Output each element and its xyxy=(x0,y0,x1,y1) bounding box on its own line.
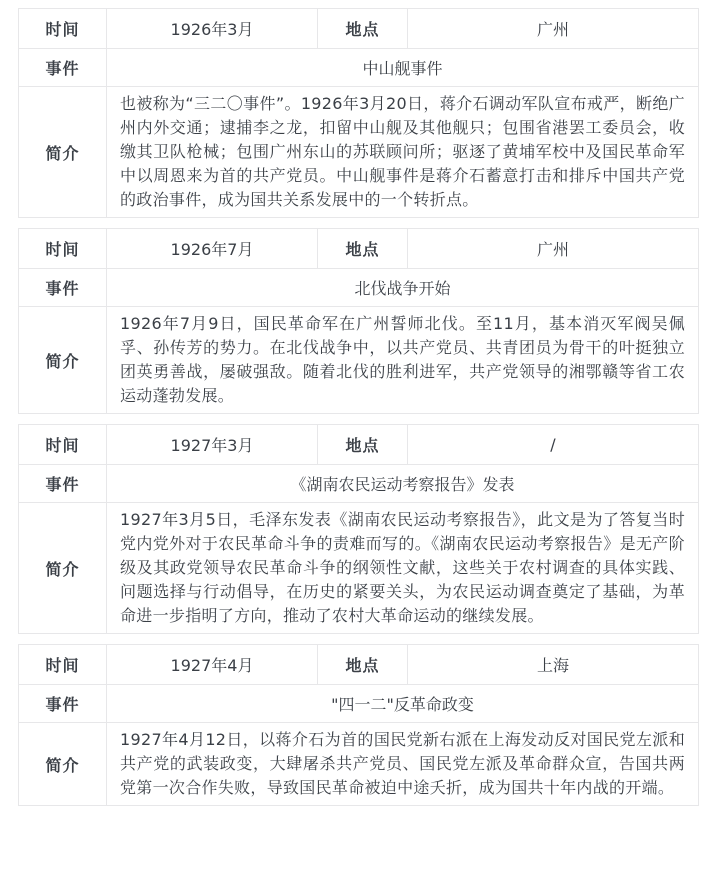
location-value: / xyxy=(408,425,699,465)
location-label: 地点 xyxy=(318,645,408,685)
location-label: 地点 xyxy=(318,9,408,49)
event-label: 事件 xyxy=(19,49,107,87)
intro-label: 简介 xyxy=(19,87,107,218)
intro-label: 简介 xyxy=(19,307,107,414)
event-label: 事件 xyxy=(19,685,107,723)
time-label: 时间 xyxy=(19,645,107,685)
table-row: 简介 1926年7月9日，国民革命军在广州誓师北伐。至11月，基本消灭军阀吴佩孚… xyxy=(19,307,699,414)
table-row: 简介 1927年4月12日，以蒋介石为首的国民党新右派在上海发动反对国民党左派和… xyxy=(19,723,699,806)
location-value: 上海 xyxy=(408,645,699,685)
table-row: 时间 1927年3月 地点 / xyxy=(19,425,699,465)
event-title: 中山舰事件 xyxy=(107,49,699,87)
table-row: 时间 1927年4月 地点 上海 xyxy=(19,645,699,685)
location-value: 广州 xyxy=(408,229,699,269)
event-title: 《湖南农民运动考察报告》发表 xyxy=(107,465,699,503)
intro-text: 1926年7月9日，国民革命军在广州誓师北伐。至11月，基本消灭军阀吴佩孚、孙传… xyxy=(107,307,699,414)
intro-text: 也被称为“三二〇事件”。1926年3月20日，蒋介石调动军队宣布戒严，断绝广州内… xyxy=(107,87,699,218)
event-label: 事件 xyxy=(19,269,107,307)
table-row: 事件 北伐战争开始 xyxy=(19,269,699,307)
time-value: 1926年7月 xyxy=(107,229,318,269)
table-row: 简介 也被称为“三二〇事件”。1926年3月20日，蒋介石调动军队宣布戒严，断绝… xyxy=(19,87,699,218)
intro-label: 简介 xyxy=(19,723,107,806)
time-label: 时间 xyxy=(19,229,107,269)
event-table-1: 时间 1926年3月 地点 广州 事件 中山舰事件 简介 也被称为“三二〇事件”… xyxy=(18,8,699,218)
event-table-4: 时间 1927年4月 地点 上海 事件 "四一二"反革命政变 简介 1927年4… xyxy=(18,644,699,806)
intro-label: 简介 xyxy=(19,503,107,634)
time-value: 1927年3月 xyxy=(107,425,318,465)
time-label: 时间 xyxy=(19,425,107,465)
table-row: 时间 1926年3月 地点 广州 xyxy=(19,9,699,49)
intro-text: 1927年4月12日，以蒋介石为首的国民党新右派在上海发动反对国民党左派和共产党… xyxy=(107,723,699,806)
history-events-page: 时间 1926年3月 地点 广州 事件 中山舰事件 简介 也被称为“三二〇事件”… xyxy=(0,0,716,885)
table-row: 事件 《湖南农民运动考察报告》发表 xyxy=(19,465,699,503)
event-title: "四一二"反革命政变 xyxy=(107,685,699,723)
time-label: 时间 xyxy=(19,9,107,49)
intro-text: 1927年3月5日，毛泽东发表《湖南农民运动考察报告》，此文是为了答复当时党内党… xyxy=(107,503,699,634)
location-label: 地点 xyxy=(318,425,408,465)
event-table-3: 时间 1927年3月 地点 / 事件 《湖南农民运动考察报告》发表 简介 192… xyxy=(18,424,699,634)
table-row: 时间 1926年7月 地点 广州 xyxy=(19,229,699,269)
table-row: 事件 "四一二"反革命政变 xyxy=(19,685,699,723)
time-value: 1926年3月 xyxy=(107,9,318,49)
time-value: 1927年4月 xyxy=(107,645,318,685)
event-label: 事件 xyxy=(19,465,107,503)
event-table-2: 时间 1926年7月 地点 广州 事件 北伐战争开始 简介 1926年7月9日，… xyxy=(18,228,699,414)
event-title: 北伐战争开始 xyxy=(107,269,699,307)
table-row: 简介 1927年3月5日，毛泽东发表《湖南农民运动考察报告》，此文是为了答复当时… xyxy=(19,503,699,634)
location-value: 广州 xyxy=(408,9,699,49)
table-row: 事件 中山舰事件 xyxy=(19,49,699,87)
location-label: 地点 xyxy=(318,229,408,269)
